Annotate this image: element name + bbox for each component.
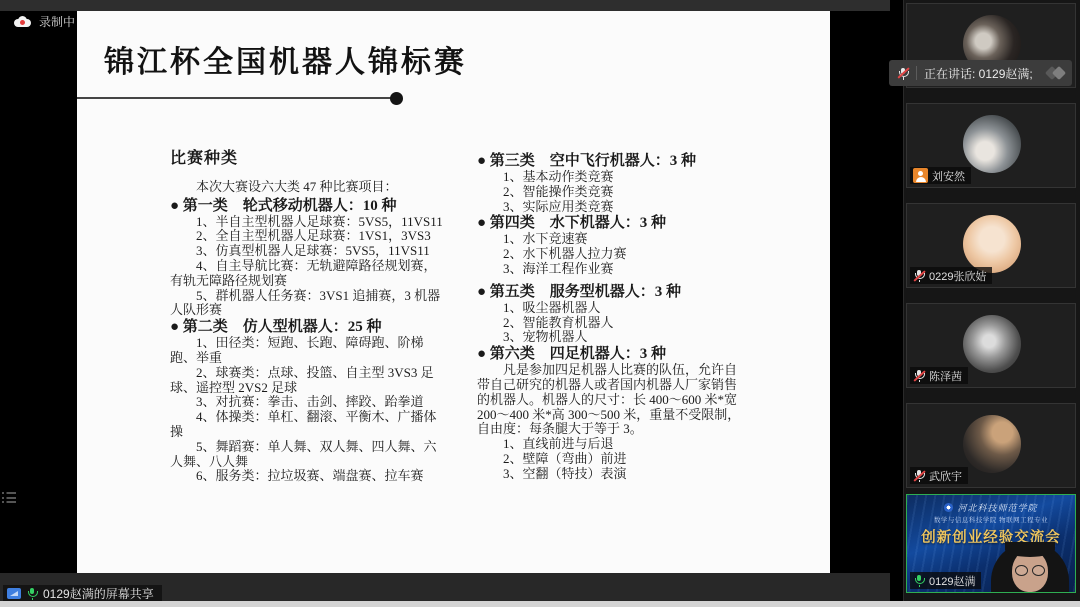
slide-text-line: 2、水下机器人拉力赛 xyxy=(477,247,827,262)
presenter-person xyxy=(991,542,1069,592)
slide-text-line: ● 第六类 四足机器人：3 种 xyxy=(477,346,827,362)
department-line: 数学与信息科技学院 物联网工程专业 xyxy=(907,515,1075,524)
participants-panel: 刘安然 0229张欣姞 陈泽茜 武欣宇 xyxy=(903,0,1080,601)
slide-text-line: 2、智能操作类竞赛 xyxy=(477,185,827,200)
person-icon xyxy=(913,168,928,183)
slide-left-column: 比赛种类本次大赛设六大类 47 种比赛项目：● 第一类 轮式移动机器人：10 种… xyxy=(170,152,456,484)
window-top-strip xyxy=(0,0,890,11)
participant-name: 0229张欣姞 xyxy=(929,268,986,284)
slide-text-line: ● 第二类 仿人型机器人：25 种 xyxy=(170,319,456,335)
slide-text-line: 自由度：每条腿大于等于 3。 xyxy=(477,422,827,437)
toast-divider xyxy=(916,66,917,80)
participant-name-badge: 0229张欣姞 xyxy=(910,267,992,284)
slide-text-line: 2、智能教育机器人 xyxy=(477,316,827,331)
presenter-video-tile[interactable]: 河北科技师范学院 数学与信息科技学院 物联网工程专业 创新创业经验交流会 012… xyxy=(906,494,1076,593)
participant-tile[interactable]: 刘安然 xyxy=(906,103,1076,188)
bottom-bar: 0129赵满的屏幕共享 xyxy=(0,573,890,601)
school-name-line: 河北科技师范学院 xyxy=(907,501,1075,514)
participant-name-badge: 武欣宇 xyxy=(910,467,968,484)
participant-tile[interactable]: 陈泽茜 xyxy=(906,303,1076,388)
title-underline xyxy=(77,97,397,99)
slide-text-line: 1、水下竞速赛 xyxy=(477,232,827,247)
slide-text-line: 球、遥控型 2VS2 足球 xyxy=(170,381,456,396)
slide-text-line: 6、服务类：拉垃圾赛、端盘赛、拉车赛 xyxy=(170,469,456,484)
taskbar-strip xyxy=(0,601,1080,607)
mic-on-icon xyxy=(26,587,38,600)
participant-avatar xyxy=(963,215,1021,273)
logo-diamonds-icon xyxy=(1047,68,1064,78)
slide-text-line: 3、宠物机器人 xyxy=(477,330,827,345)
recording-label: 录制中 xyxy=(39,13,75,30)
slide-text-line: 比赛种类 xyxy=(170,152,456,167)
list-icon[interactable] xyxy=(2,492,16,503)
participant-avatar xyxy=(963,415,1021,473)
share-label: 0129赵满的屏幕共享 xyxy=(43,585,154,602)
slide-text-line: 5、舞蹈赛：单人舞、双人舞、四人舞、六 xyxy=(170,440,456,455)
slide-text-line: 2、球赛类：点球、投篮、自主型 3VS3 足 xyxy=(170,366,456,381)
slide-text-line: 1、田径类：短跑、长跑、障碍跑、阶梯 xyxy=(170,336,456,351)
cloud-record-icon xyxy=(14,16,31,27)
slide-text-line: 的机器人。机器人的尺寸：长 400～600 米*宽 xyxy=(477,393,827,408)
mic-muted-icon xyxy=(913,369,925,382)
participant-name-badge: 刘安然 xyxy=(910,167,971,184)
slide-text-line: ● 第五类 服务型机器人：3 种 xyxy=(477,284,827,300)
mic-muted-icon xyxy=(897,67,909,80)
meeting-window: 录制中 锦江杯全国机器人锦标赛 比赛种类本次大赛设六大类 47 种比赛项目：● … xyxy=(0,0,1080,607)
mic-muted-icon xyxy=(913,269,925,282)
participant-name: 陈泽茜 xyxy=(929,368,962,384)
slide-text-line: 本次大赛设六大类 47 种比赛项目： xyxy=(170,180,456,195)
slide-right-column: ● 第三类 空中飞行机器人：3 种1、基本动作类竞赛2、智能操作类竞赛3、实际应… xyxy=(477,152,827,482)
slide-text-line: ● 第四类 水下机器人：3 种 xyxy=(477,215,827,231)
participant-avatar xyxy=(963,115,1021,173)
slide-text-line: 1、半自主型机器人足球赛：5VS5，11VS11 xyxy=(170,215,456,230)
mic-on-icon xyxy=(913,574,925,587)
slide-text-line: 1、直线前进与后退 xyxy=(477,437,827,452)
school-name: 河北科技师范学院 xyxy=(957,501,1037,514)
mic-muted-icon xyxy=(913,469,925,482)
speaking-toast: 正在讲话: 0129赵满; xyxy=(889,60,1072,86)
slide-text-line: 4、自主导航比赛：无轨避障路径规划赛， xyxy=(170,259,456,274)
slide-text-line: 3、仿真型机器人足球赛：5VS5，11VS11 xyxy=(170,244,456,259)
slide-text-line: 有轨无障路径规划赛 xyxy=(170,274,456,289)
participant-name: 0129赵满 xyxy=(929,573,975,589)
participant-name: 武欣宇 xyxy=(929,468,962,484)
slide-text-line: 3、对抗赛：拳击、击剑、摔跤、跆拳道 xyxy=(170,395,456,410)
participant-name: 刘安然 xyxy=(932,168,965,184)
slide-text-line: 4、体操类：单杠、翻滚、平衡木、广播体 xyxy=(170,410,456,425)
participant-name-badge: 陈泽茜 xyxy=(910,367,968,384)
share-status-chip: 0129赵满的屏幕共享 xyxy=(3,585,162,602)
slide-text-line: 1、吸尘器机器人 xyxy=(477,301,827,316)
school-logo-icon xyxy=(944,503,953,512)
participant-tile[interactable]: 武欣宇 xyxy=(906,403,1076,488)
participant-name-badge: 0129赵满 xyxy=(910,572,981,589)
slide-text-line: 3、实际应用类竞赛 xyxy=(477,200,827,215)
screen-share-icon xyxy=(7,588,21,599)
slide-text-line: 操 xyxy=(170,425,456,440)
slide-text-line: 人舞、八人舞 xyxy=(170,455,456,470)
slide-text-line: 凡是参加四足机器人比赛的队伍，允许自 xyxy=(477,363,827,378)
slide-title: 锦江杯全国机器人锦标赛 xyxy=(104,37,467,81)
participant-avatar xyxy=(963,315,1021,373)
slide-text-line: 跑、举重 xyxy=(170,351,456,366)
participant-tile[interactable]: 0229张欣姞 xyxy=(906,203,1076,288)
slide-text-line: ● 第三类 空中飞行机器人：3 种 xyxy=(477,153,827,169)
slide-text-line: 带自己研究的机器人或者国内机器人厂家销售 xyxy=(477,378,827,393)
slide-text-line: 3、空翻（特技）表演 xyxy=(477,467,827,482)
recording-indicator: 录制中 xyxy=(14,13,75,30)
speaking-text: 正在讲话: 0129赵满; xyxy=(924,65,1033,82)
slide-text-line: 200～400 米*高 300～500 米，重量不受限制， xyxy=(477,408,827,423)
slide-text-line: 2、全自主型机器人足球赛：1VS1，3VS3 xyxy=(170,229,456,244)
slide-text-line: ● 第一类 轮式移动机器人：10 种 xyxy=(170,198,456,214)
slide-text-line: 2、壁障（弯曲）前进 xyxy=(477,452,827,467)
slide-text-line: 人队形赛 xyxy=(170,303,456,318)
slide-text-line: 1、基本动作类竞赛 xyxy=(477,170,827,185)
screen-share-slide: 锦江杯全国机器人锦标赛 比赛种类本次大赛设六大类 47 种比赛项目：● 第一类 … xyxy=(77,11,830,573)
slide-text-line: 3、海洋工程作业赛 xyxy=(477,262,827,277)
slide-text-line: 5、群机器人任务赛：3VS1 追捕赛，3 机器 xyxy=(170,289,456,304)
